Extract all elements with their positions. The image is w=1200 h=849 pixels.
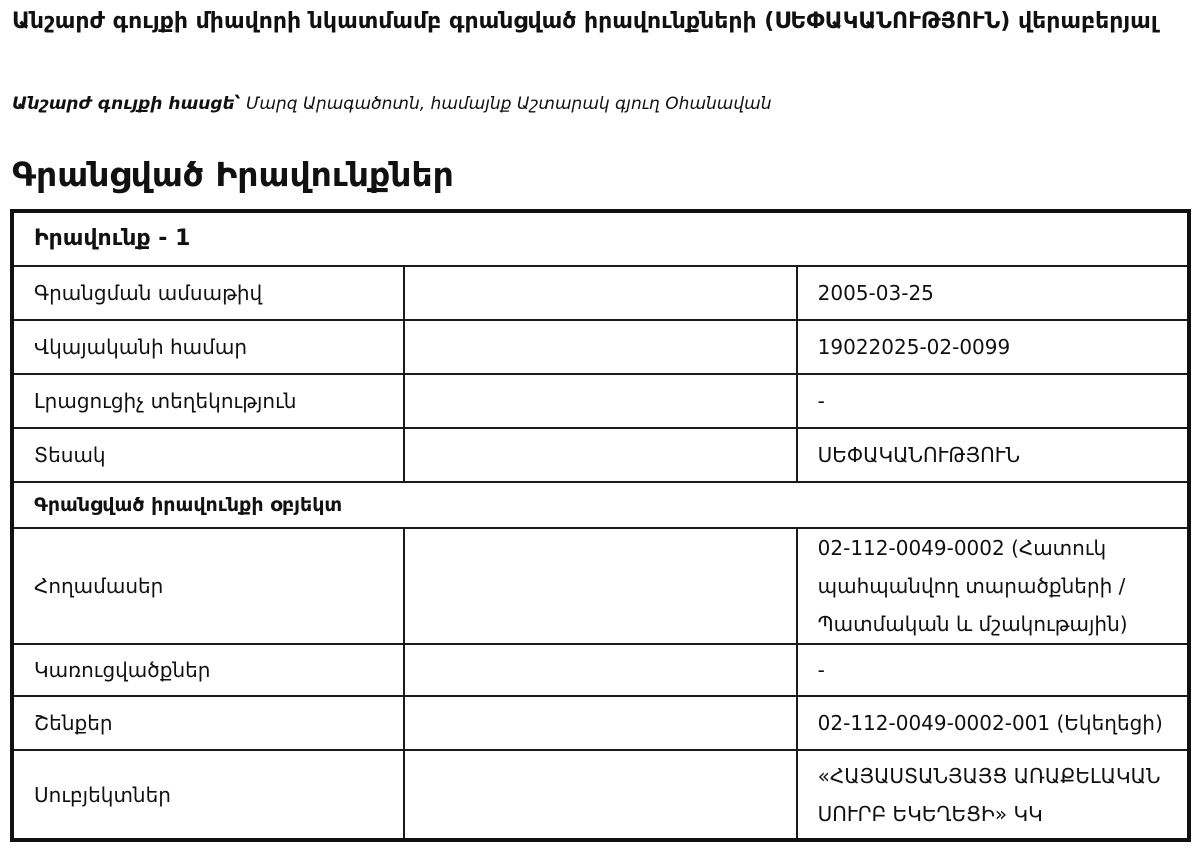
rights-table: Իրավունք - 1 Գրանցման ամսաթիվ 2005-03-25… — [10, 209, 1191, 842]
certificate-number-value: 19022025-02-0099 — [797, 320, 1189, 374]
subjects-value: «ՀԱՅԱՍՏԱՆՅԱՅՑ ԱՌԱՔԵԼԱԿԱՆ ՍՈՒՐԲ ԵԿԵՂԵՑԻ» … — [797, 750, 1189, 840]
structures-value: - — [797, 644, 1189, 696]
land-plots-value: 02-112-0049-0002 (Հատուկ պահպանվող տարած… — [797, 528, 1189, 644]
table-row: Գրանցման ամսաթիվ 2005-03-25 — [12, 266, 1189, 320]
land-plots-label: Հողամասեր — [12, 528, 404, 644]
object-heading-row: Գրանցված իրավունքի օբյեկտ — [12, 482, 1189, 528]
registration-date-label: Գրանցման ամսաթիվ — [12, 266, 404, 320]
right-heading: Իրավունք - 1 — [12, 211, 1189, 266]
object-heading: Գրանցված իրավունքի օբյեկտ — [12, 482, 1189, 528]
buildings-label: Շենքեր — [12, 696, 404, 750]
table-row: Շենքեր 02-112-0049-0002-001 (Եկեղեցի) — [12, 696, 1189, 750]
address-value: Մարզ Արագածոտն, համայնք Աշտարակ գյուղ Օհ… — [241, 94, 772, 114]
additional-info-value: - — [797, 374, 1189, 428]
table-row: Հողամասեր 02-112-0049-0002 (Հատուկ պահպա… — [12, 528, 1189, 644]
structures-label: Կառուցվածքներ — [12, 644, 404, 696]
buildings-value: 02-112-0049-0002-001 (Եկեղեցի) — [797, 696, 1189, 750]
additional-info-label: Լրացուցիչ տեղեկություն — [12, 374, 404, 428]
table-row: Տեսակ ՍԵՓԱԿԱՆՈՒԹՅՈՒՆ — [12, 428, 1189, 482]
document-title: Անշարժ գույքի միավորի նկատմամբ գրանցված … — [12, 6, 1182, 37]
type-value: ՍԵՓԱԿԱՆՈՒԹՅՈՒՆ — [797, 428, 1189, 482]
section-title: Գրանցված Իրավունքներ — [12, 152, 454, 198]
table-row: Վկայականի համար 19022025-02-0099 — [12, 320, 1189, 374]
property-address: Անշարժ գույքի հասցե՝ Մարզ Արագածոտն, համ… — [12, 92, 771, 116]
subjects-label: Սուբյեկտներ — [12, 750, 404, 840]
table-row: Լրացուցիչ տեղեկություն - — [12, 374, 1189, 428]
type-label: Տեսակ — [12, 428, 404, 482]
certificate-number-label: Վկայականի համար — [12, 320, 404, 374]
table-row: Կառուցվածքներ - — [12, 644, 1189, 696]
right-heading-row: Իրավունք - 1 — [12, 211, 1189, 266]
table-row: Սուբյեկտներ «ՀԱՅԱՍՏԱՆՅԱՅՑ ԱՌԱՔԵԼԱԿԱՆ ՍՈՒ… — [12, 750, 1189, 840]
address-label: Անշարժ գույքի հասցե՝ — [12, 94, 241, 114]
registration-date-value: 2005-03-25 — [797, 266, 1189, 320]
